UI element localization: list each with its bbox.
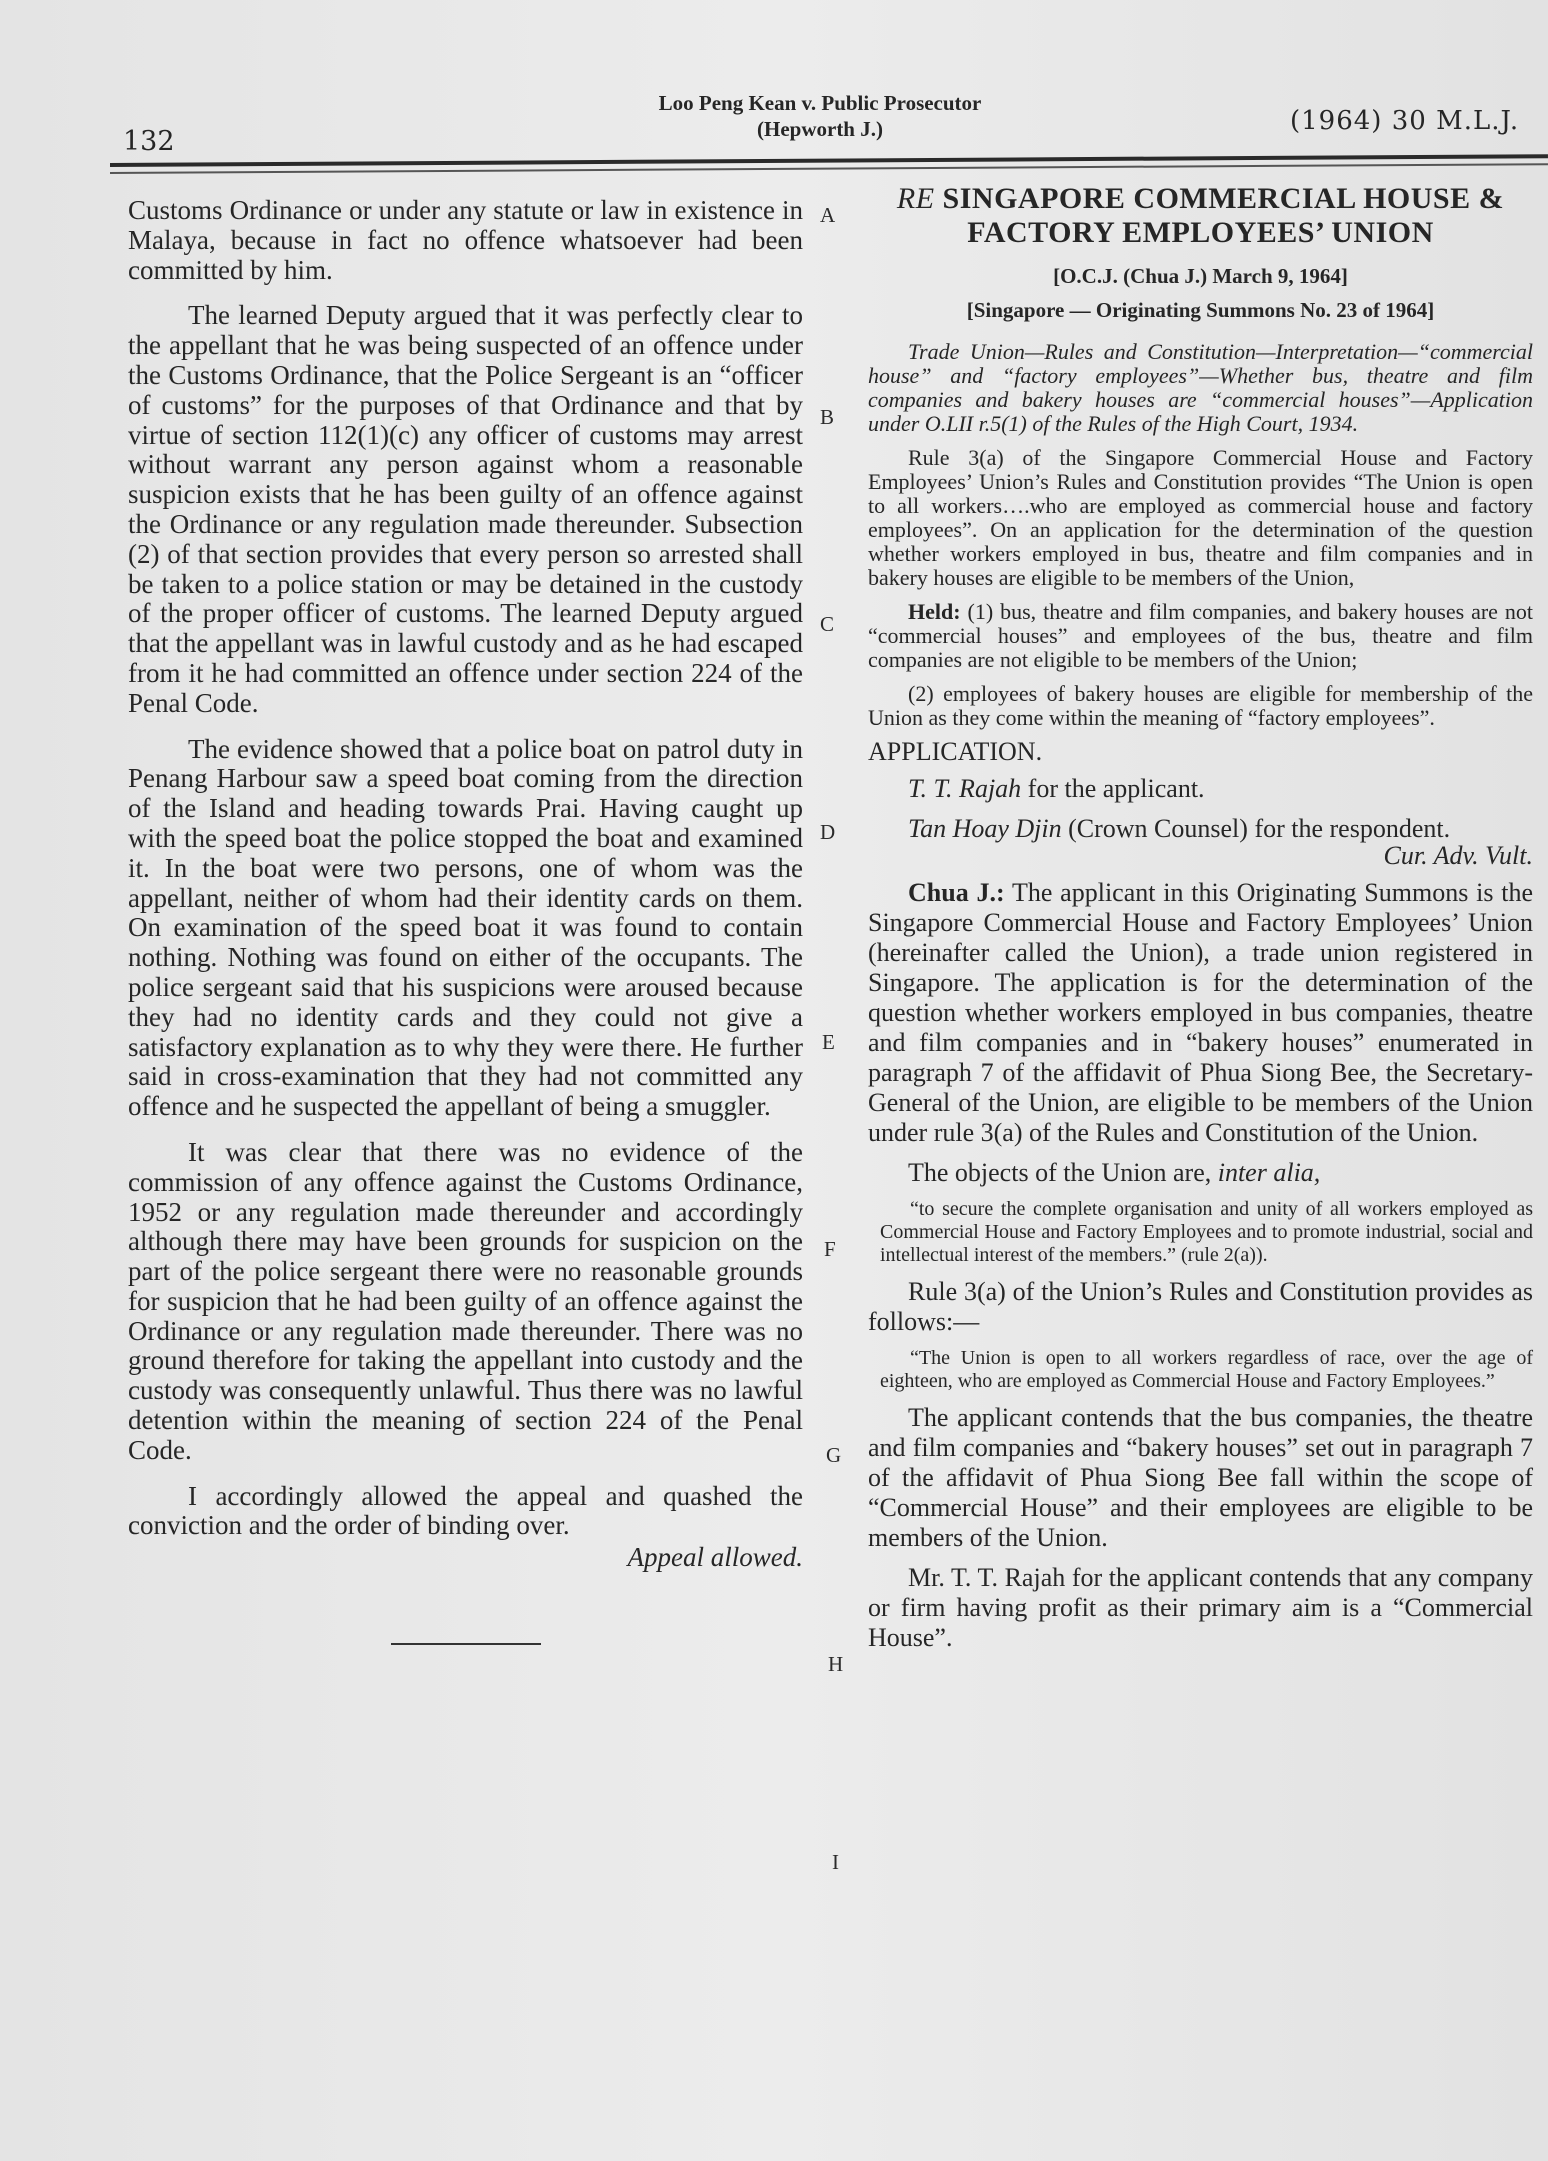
right-column: RE SINGAPORE COMMERCIAL HOUSE & FACTORY … (868, 182, 1533, 1663)
application-heading: APPLICATION. (868, 740, 1533, 764)
margin-letter: G (826, 1443, 841, 1468)
case-title-prefix: RE (897, 182, 935, 215)
counsel-respondent: Tan Hoay Djin (Crown Counsel) for the re… (868, 814, 1533, 844)
margin-letter: B (820, 405, 834, 430)
court-date: [O.C.J. (Chua J.) March 9, 1964] (868, 264, 1533, 288)
left-column: Customs Ordinance or under any statute o… (128, 196, 803, 1645)
judgment-paragraph: The applicant contends that the bus comp… (868, 1403, 1533, 1553)
catchwords: Trade Union—Rules and Constitution—Inter… (868, 340, 1533, 436)
case-title: RE SINGAPORE COMMERCIAL HOUSE & FACTORY … (868, 182, 1533, 250)
paragraph: I accordingly allowed the appeal and qua… (128, 1482, 803, 1542)
cur-adv-vult: Cur. Adv. Vult. (868, 844, 1533, 868)
page-number: 132 (123, 126, 175, 157)
held-label: Held: (908, 599, 961, 624)
rule3-intro: Rule 3(a) of the Union’s Rules and Const… (868, 1277, 1533, 1337)
document-page: 132 Loo Peng Kean v. Public Prosecutor (… (0, 0, 1548, 2161)
running-title: Loo Peng Kean v. Public Prosecutor (Hepw… (560, 90, 1080, 142)
objects-intro: The objects of the Union are, inter alia… (868, 1158, 1533, 1188)
report-citation: (1964) 30 M.L.J. (1290, 106, 1519, 136)
judgment-paragraph: Chua J.: The applicant in this Originati… (868, 878, 1533, 1148)
margin-letter: D (820, 820, 835, 845)
holding-2: (2) employees of bakery houses are eligi… (868, 682, 1533, 730)
case-title-text: SINGAPORE COMMERCIAL HOUSE & FACTORY EMP… (943, 182, 1505, 249)
paragraph: The learned Deputy argued that it was pe… (128, 301, 803, 718)
judge-label: Chua J.: (908, 878, 1005, 907)
paragraph: Customs Ordinance or under any statute o… (128, 196, 803, 285)
rule3-quote: “The Union is open to all workers regard… (868, 1347, 1533, 1393)
margin-letter: C (820, 612, 834, 637)
section-separator (391, 1643, 541, 1645)
margin-letter: E (822, 1030, 835, 1055)
margin-letter: F (824, 1237, 836, 1262)
judgment-paragraph: Mr. T. T. Rajah for the applicant conten… (868, 1563, 1533, 1653)
objects-quote: “to secure the complete organisation and… (868, 1198, 1533, 1267)
holding-1: Held: (1) bus, theatre and film companie… (868, 600, 1533, 672)
counsel-applicant: T. T. Rajah for the applicant. (868, 774, 1533, 804)
case-result: Appeal allowed. (128, 1543, 803, 1573)
proceeding-reference: [Singapore — Originating Summons No. 23 … (868, 298, 1533, 322)
paragraph: It was clear that there was no evidence … (128, 1138, 803, 1466)
running-title-case: Loo Peng Kean v. Public Prosecutor (560, 90, 1080, 116)
margin-letter: H (828, 1652, 843, 1677)
margin-letter: A (820, 203, 835, 228)
running-title-judge: (Hepworth J.) (560, 116, 1080, 142)
paragraph: The evidence showed that a police boat o… (128, 735, 803, 1122)
margin-letter: I (832, 1850, 839, 1875)
headnote: Rule 3(a) of the Singapore Commercial Ho… (868, 446, 1533, 590)
